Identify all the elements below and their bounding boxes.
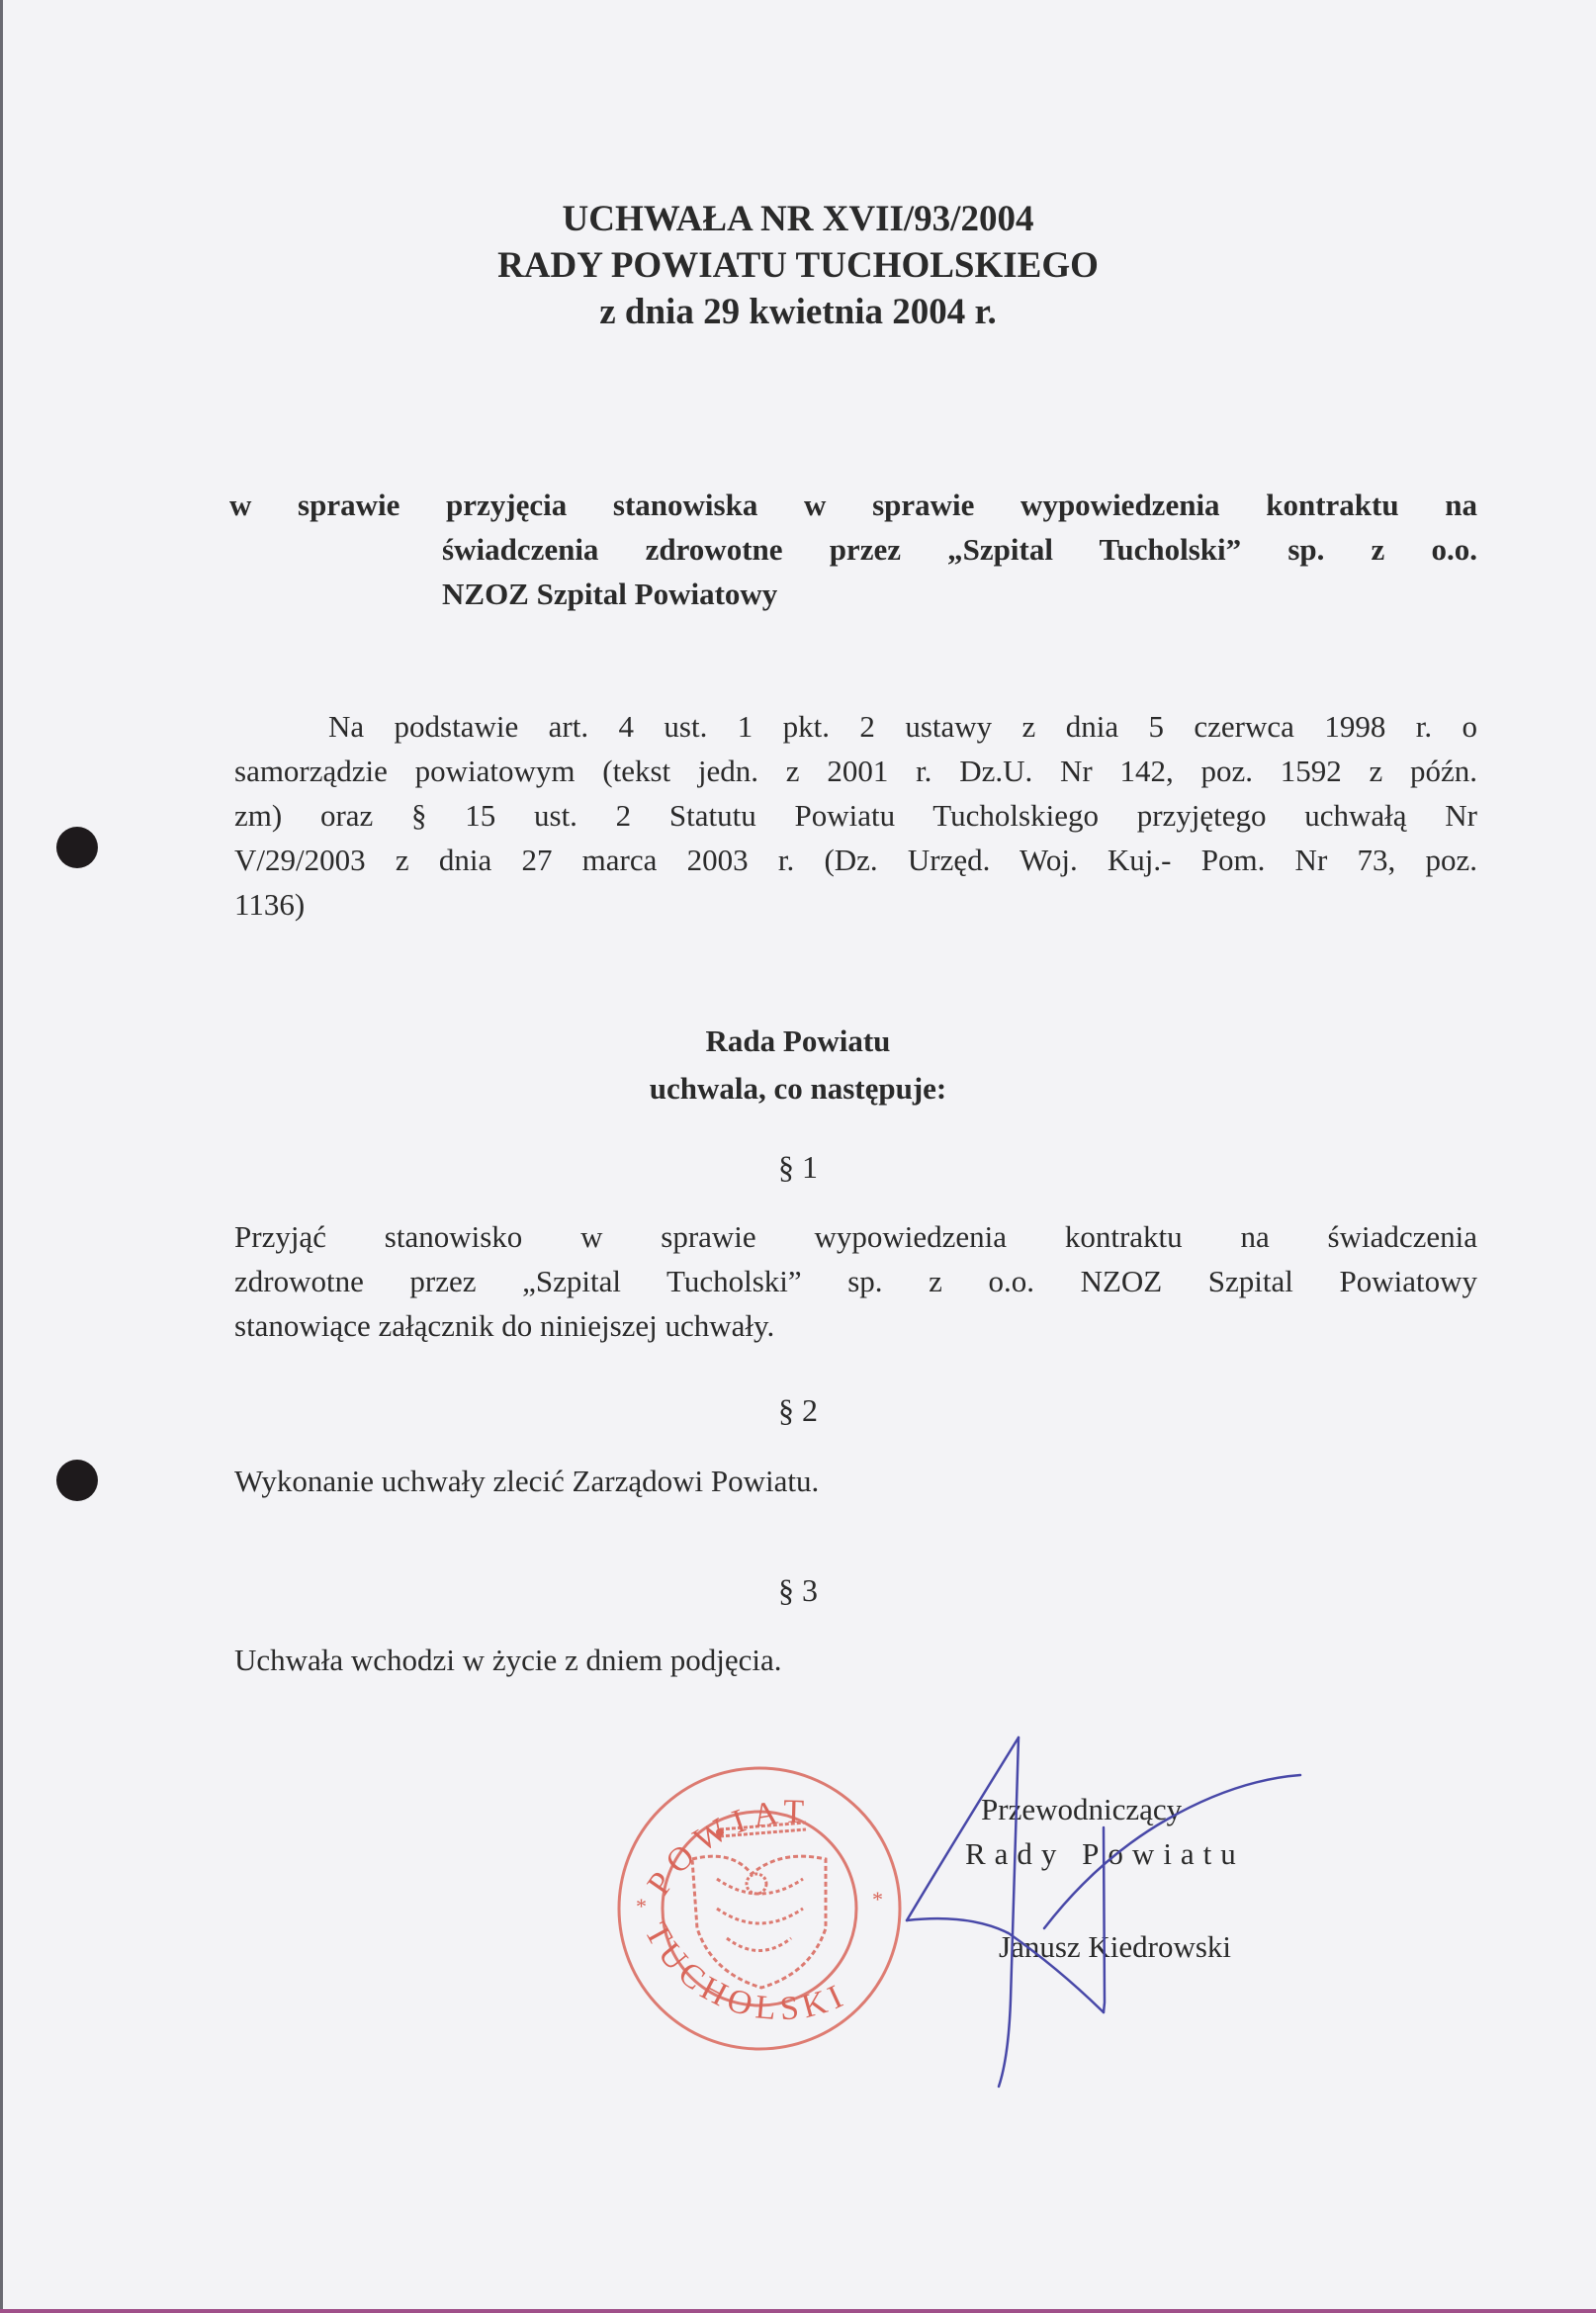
handwritten-signature xyxy=(0,0,1596,2313)
